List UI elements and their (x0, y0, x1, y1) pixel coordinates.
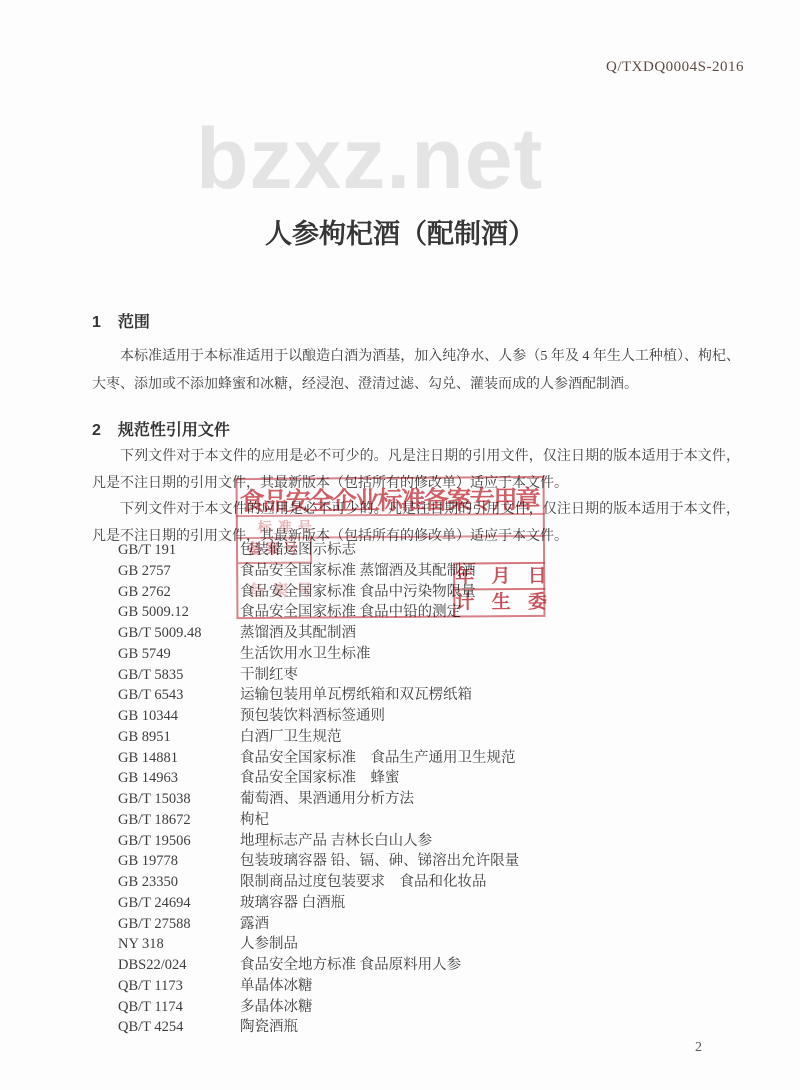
reference-title: 包装储运图示标志 (240, 542, 356, 558)
reference-title: 葡萄酒、果酒通用分析方法 (240, 791, 414, 807)
reference-code: GB 10344 (118, 706, 240, 727)
reference-code: GB/T 24694 (118, 893, 240, 914)
reference-code: GB/T 19506 (118, 831, 240, 852)
reference-title: 生活饮用水卫生标准 (240, 646, 371, 662)
reference-row: DBS22/024食品安全地方标准 食品原料用人参 (118, 955, 698, 976)
section-1-number: 1 (92, 314, 101, 332)
page-title: 人参枸杞酒（配制酒） (0, 212, 800, 251)
reference-code: GB/T 15038 (118, 789, 240, 810)
page-number: 2 (695, 1040, 702, 1056)
reference-row: GB/T 19506地理标志产品 吉林长白山人参 (118, 831, 698, 852)
references-list: GB/T 191包装储运图示标志 GB 2757食品安全国家标准 蒸馏酒及其配制… (118, 540, 698, 1038)
reference-title: 食品安全国家标准 食品中污染物限量 (240, 584, 476, 600)
reference-code: GB 8951 (118, 727, 240, 748)
reference-row: GB/T 18672枸杞 (118, 810, 698, 831)
section-1-heading: 1范围 (92, 309, 150, 332)
reference-code: GB/T 191 (118, 540, 240, 561)
reference-code: GB/T 27588 (118, 914, 240, 935)
reference-code: GB 2762 (118, 582, 240, 603)
reference-row: NY 318人参制品 (118, 934, 698, 955)
reference-row: GB/T 24694玻璃容器 白酒瓶 (118, 893, 698, 914)
reference-title: 陶瓷酒瓶 (240, 1019, 298, 1035)
reference-code: GB 14963 (118, 768, 240, 789)
reference-title: 枸杞 (240, 812, 269, 828)
reference-row: GB 19778包装玻璃容器 铅、镉、砷、锑溶出允许限量 (118, 851, 698, 872)
document-page: Q/TXDQ0004S-2016 bzxz.net 人参枸杞酒（配制酒） 1范围… (0, 0, 800, 1090)
reference-row: GB/T 15038葡萄酒、果酒通用分析方法 (118, 789, 698, 810)
reference-row: GB 14881食品安全国家标准 食品生产通用卫生规范 (118, 748, 698, 769)
section-2-number: 2 (92, 422, 101, 440)
reference-row: GB 10344预包装饮料酒标签通则 (118, 706, 698, 727)
reference-row: GB 14963食品安全国家标准 蜂蜜 (118, 768, 698, 789)
reference-row: GB 2762食品安全国家标准 食品中污染物限量 (118, 582, 698, 603)
reference-title: 人参制品 (240, 936, 298, 952)
reference-title: 运输包装用单瓦楞纸箱和双瓦楞纸箱 (240, 687, 472, 703)
reference-title: 单晶体冰糖 (240, 978, 313, 994)
section-2-heading: 2规范性引用文件 (92, 417, 230, 440)
reference-code: DBS22/024 (118, 955, 240, 976)
reference-code: GB 5009.12 (118, 602, 240, 623)
reference-code: GB/T 5009.48 (118, 623, 240, 644)
section-1-title: 范围 (118, 314, 150, 331)
reference-code: GB 2757 (118, 561, 240, 582)
reference-title: 食品安全地方标准 食品原料用人参 (240, 957, 461, 973)
reference-row: GB 8951白酒厂卫生规范 (118, 727, 698, 748)
reference-code: NY 318 (118, 934, 240, 955)
doc-number: Q/TXDQ0004S-2016 (606, 59, 744, 76)
reference-code: QB/T 1174 (118, 997, 240, 1018)
reference-title: 蒸馏酒及其配制酒 (240, 625, 356, 641)
reference-code: GB 23350 (118, 872, 240, 893)
reference-row: GB/T 5835干制红枣 (118, 665, 698, 686)
reference-row: GB 2757食品安全国家标准 蒸馏酒及其配制酒 (118, 561, 698, 582)
reference-row: GB/T 5009.48蒸馏酒及其配制酒 (118, 623, 698, 644)
reference-title: 限制商品过度包装要求 食品和化妆品 (240, 874, 487, 890)
reference-title: 包装玻璃容器 铅、镉、砷、锑溶出允许限量 (240, 853, 519, 869)
watermark: bzxz.net (196, 116, 543, 202)
reference-title: 食品安全国家标准 蒸馏酒及其配制酒 (240, 563, 476, 579)
reference-title: 食品安全国家标准 食品生产通用卫生规范 (240, 750, 516, 766)
reference-code: GB 14881 (118, 748, 240, 769)
reference-row: GB/T 6543运输包装用单瓦楞纸箱和双瓦楞纸箱 (118, 685, 698, 706)
reference-row: GB/T 191包装储运图示标志 (118, 540, 698, 561)
reference-code: GB/T 5835 (118, 665, 240, 686)
reference-code: GB/T 6543 (118, 685, 240, 706)
reference-code: QB/T 1173 (118, 976, 240, 997)
reference-title: 露酒 (240, 916, 269, 932)
section-2-title: 规范性引用文件 (118, 422, 230, 439)
reference-code: QB/T 4254 (118, 1017, 240, 1038)
reference-row: QB/T 4254陶瓷酒瓶 (118, 1017, 698, 1038)
scope-paragraph: 本标准适用于本标准适用于以酿造白酒为酒基，加入纯净水、人参（5 年及 4 年生人… (92, 343, 740, 399)
reference-title: 食品安全国家标准 蜂蜜 (240, 770, 400, 786)
reference-row: QB/T 1173单晶体冰糖 (118, 976, 698, 997)
reference-code: GB 19778 (118, 851, 240, 872)
reference-title: 白酒厂卫生规范 (240, 729, 342, 745)
reference-title: 预包装饮料酒标签通则 (240, 708, 385, 724)
reference-row: GB 5749生活饮用水卫生标准 (118, 644, 698, 665)
reference-code: GB 5749 (118, 644, 240, 665)
reference-title: 多晶体冰糖 (240, 999, 313, 1015)
reference-row: QB/T 1174多晶体冰糖 (118, 997, 698, 1018)
reference-title: 地理标志产品 吉林长白山人参 (240, 833, 432, 849)
reference-title: 玻璃容器 白酒瓶 (240, 895, 345, 911)
reference-row: GB/T 27588露酒 (118, 914, 698, 935)
references-intro-paragraph-1: 下列文件对于本文件的应用是必不可少的。凡是注日期的引用文件，仅注日期的版本适用于… (92, 444, 740, 497)
reference-code: GB/T 18672 (118, 810, 240, 831)
reference-row: GB 5009.12食品安全国家标准 食品中铅的测定 (118, 602, 698, 623)
reference-row: GB 23350限制商品过度包装要求 食品和化妆品 (118, 872, 698, 893)
reference-title: 干制红枣 (240, 667, 298, 683)
reference-title: 食品安全国家标准 食品中铅的测定 (240, 604, 461, 620)
